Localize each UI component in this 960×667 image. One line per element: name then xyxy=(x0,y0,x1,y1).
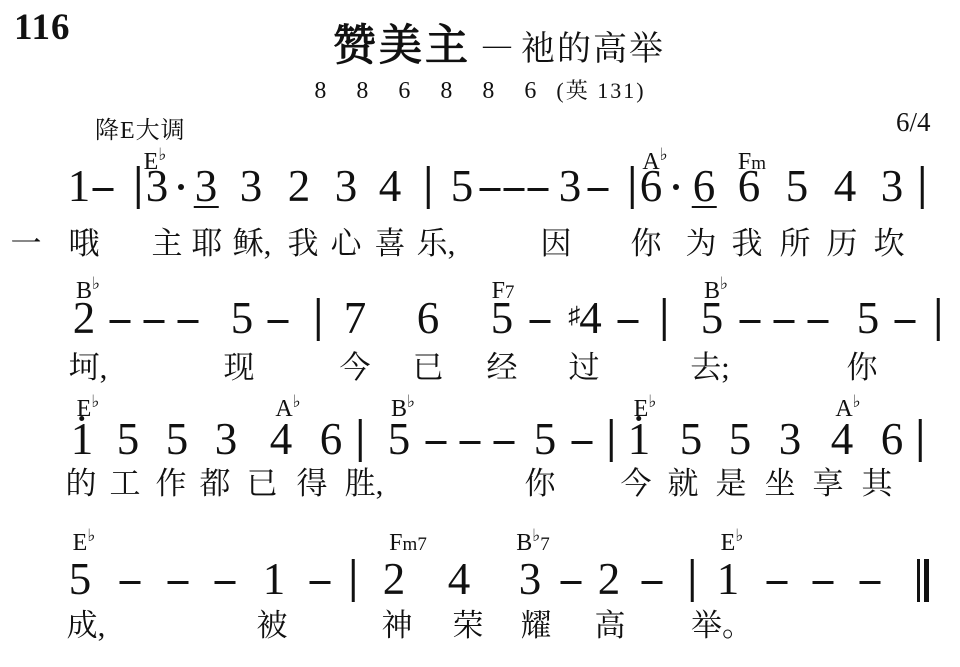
duration-dash xyxy=(642,581,663,584)
lyric-syllable: 神 xyxy=(382,610,413,641)
duration-dash xyxy=(110,320,131,323)
note-token: 4 xyxy=(448,557,471,602)
chord-root: E xyxy=(721,530,736,556)
barline-thick xyxy=(924,559,929,602)
duration-dash xyxy=(572,441,593,444)
meter-reference: (英 131) xyxy=(556,78,645,103)
duration-dash xyxy=(144,320,165,323)
note-token: 4 xyxy=(831,417,854,462)
lyric-syllable: 乐, xyxy=(417,228,456,259)
duration-dash xyxy=(774,320,795,323)
duration-dash xyxy=(740,320,761,323)
lyric-syllable: 作 xyxy=(156,468,187,499)
note-token: 2 xyxy=(598,557,621,602)
duration-dash xyxy=(178,320,199,323)
flat-icon: ♭ xyxy=(648,392,656,411)
duration-dash xyxy=(460,441,481,444)
note-token: 5 xyxy=(786,164,809,209)
lyric-syllable: 过 xyxy=(569,352,600,383)
note-token: 2 xyxy=(288,164,311,209)
notation-row-2: 25765♯455 xyxy=(0,296,960,350)
lyric-syllable: 举。 xyxy=(691,610,753,641)
note-token: 1 xyxy=(71,417,94,462)
note-token: 3 xyxy=(215,417,238,462)
note-token: 5 xyxy=(388,417,411,462)
note-token: 4 xyxy=(270,417,293,462)
barline-thin xyxy=(917,559,920,602)
note-token: 5 xyxy=(451,164,474,209)
lyric-syllable: 你 xyxy=(525,468,556,499)
lyric-syllable: 都 xyxy=(200,468,231,499)
duration-dash xyxy=(310,581,331,584)
note-token: 3 xyxy=(881,164,904,209)
lyric-syllable: 现 xyxy=(224,352,255,383)
lyric-syllable: 哦 xyxy=(69,228,100,259)
hymn-page: 116 赞美主 — 祂的高举 8 8 6 8 8 6 (英 131) 降E大调 … xyxy=(0,0,960,667)
lyric-syllable: 所 xyxy=(780,228,811,259)
lyric-syllable: 高 xyxy=(595,610,626,641)
verse-number: 一 xyxy=(11,228,42,259)
note-token: 1 xyxy=(628,417,651,462)
note-token: 5 xyxy=(857,296,880,341)
note-token: 3 xyxy=(195,164,218,209)
lyric-syllable: 为 xyxy=(686,228,717,259)
chord-root: B xyxy=(516,530,532,556)
barline xyxy=(937,298,940,341)
note-token: 6 xyxy=(881,417,904,462)
duration-dash xyxy=(860,581,881,584)
note-token: 6 xyxy=(693,164,716,209)
flat-icon: ♭ xyxy=(735,526,743,545)
duration-dash xyxy=(494,441,515,444)
barline xyxy=(691,559,694,602)
lyric-syllable: 已 xyxy=(413,352,444,383)
note-token: 3 xyxy=(335,164,358,209)
lyric-syllable: 工 xyxy=(110,468,141,499)
note-token: 2 xyxy=(383,557,406,602)
barline xyxy=(359,419,362,462)
chord-symbol: E♭ xyxy=(73,531,96,555)
duration-dash xyxy=(561,581,582,584)
barline xyxy=(921,166,924,209)
lyric-syllable: 去; xyxy=(690,352,730,383)
duration-dash xyxy=(504,188,525,191)
note-token: 5 xyxy=(117,417,140,462)
duration-dash xyxy=(895,320,916,323)
barline xyxy=(663,298,666,341)
lyric-syllable: 耀 xyxy=(521,610,552,641)
note-token: 5 xyxy=(701,296,724,341)
flat-icon: ♭ xyxy=(853,392,861,411)
flat-icon: ♭ xyxy=(407,392,415,411)
lyric-syllable: 今 xyxy=(621,468,652,499)
note-token: 6 xyxy=(417,296,440,341)
barline xyxy=(427,166,430,209)
flat-icon: ♭ xyxy=(532,526,540,545)
lyric-syllable: 已 xyxy=(247,468,278,499)
note-token: 3 xyxy=(779,417,802,462)
lyric-syllable: 心 xyxy=(331,228,362,259)
lyric-row-3: 的工作都已得胜,你今就是坐享其 xyxy=(0,468,960,522)
note-token: 3 xyxy=(146,164,169,209)
note-token: 4 xyxy=(379,164,402,209)
note-token: 3 xyxy=(559,164,582,209)
lyric-syllable: 我 xyxy=(732,228,763,259)
note-token: 5 xyxy=(680,417,703,462)
lyric-syllable: 经 xyxy=(487,352,518,383)
note-token: 5 xyxy=(491,296,514,341)
note-token: 2 xyxy=(73,296,96,341)
lyric-syllable: 得 xyxy=(297,468,328,499)
flat-icon: ♭ xyxy=(720,274,728,293)
note-token: 3 xyxy=(519,557,542,602)
duration-dash xyxy=(93,188,114,191)
barline xyxy=(610,419,613,462)
notation-row-1: 133323453666543 xyxy=(0,164,960,218)
song-number: 116 xyxy=(14,6,70,49)
meter-row: 8 8 6 8 8 6 (英 131) xyxy=(0,74,960,105)
note-token: 3 xyxy=(240,164,263,209)
title-row: 赞美主 — 祂的高举 xyxy=(333,12,665,73)
duration-dash xyxy=(120,581,141,584)
duration-dash xyxy=(808,320,829,323)
lyric-syllable: 胜, xyxy=(345,468,384,499)
duration-dash xyxy=(480,188,501,191)
lyric-syllable: 成, xyxy=(67,610,106,641)
duration-dash xyxy=(528,188,549,191)
barline xyxy=(137,166,140,209)
lyric-syllable: 我 xyxy=(288,228,319,259)
duration-dash xyxy=(588,188,609,191)
note-token: 7 xyxy=(344,296,367,341)
meter-numbers: 8 8 6 8 8 6 xyxy=(314,78,548,104)
time-signature: 6/4 xyxy=(896,107,931,138)
title-separator: — xyxy=(471,30,521,62)
lyric-syllable: 历 xyxy=(827,228,858,259)
barline xyxy=(631,166,634,209)
flat-icon: ♭ xyxy=(91,392,99,411)
barline xyxy=(317,298,320,341)
note-token: 1 xyxy=(717,557,740,602)
chord-symbol: B♭7 xyxy=(516,531,550,555)
song-subtitle: 祂的高举 xyxy=(521,21,665,70)
barline xyxy=(352,559,355,602)
lyric-syllable: 是 xyxy=(716,468,747,499)
lyric-syllable: 今 xyxy=(340,352,371,383)
song-title: 赞美主 xyxy=(333,12,471,73)
note-token: ♯4 xyxy=(568,296,602,341)
lyric-row-4: 成,被神荣耀高举。 xyxy=(0,610,960,664)
lyric-row-1: 一哦主耶稣,我心喜乐,因你为我所历坎 xyxy=(0,228,960,282)
notation-row-3: 15534655155346 xyxy=(0,417,960,471)
lyric-syllable: 荣 xyxy=(453,610,484,641)
duration-dash xyxy=(268,320,289,323)
note-token: 6 xyxy=(640,164,663,209)
chord-root: E xyxy=(73,530,88,556)
lyric-syllable: 坐 xyxy=(765,468,796,499)
sharp-icon: ♯ xyxy=(568,304,580,328)
note-token: 6 xyxy=(738,164,761,209)
lyric-syllable: 耶 xyxy=(192,228,223,259)
final-double-barline xyxy=(917,559,929,602)
lyric-syllable: 被 xyxy=(257,610,288,641)
note-token: 5 xyxy=(231,296,254,341)
barline xyxy=(919,419,922,462)
lyric-syllable: 就 xyxy=(668,468,699,499)
note-token: 5 xyxy=(729,417,752,462)
octave-dot xyxy=(637,416,642,421)
duration-dot xyxy=(178,184,184,190)
flat-icon: ♭ xyxy=(87,526,95,545)
lyric-syllable: 坷, xyxy=(69,352,108,383)
octave-dot xyxy=(80,416,85,421)
lyric-syllable: 其 xyxy=(862,468,893,499)
chord-suffix: 7 xyxy=(540,534,550,555)
duration-dash xyxy=(426,441,447,444)
note-token: 6 xyxy=(320,417,343,462)
duration-dash xyxy=(168,581,189,584)
lyric-syllable: 你 xyxy=(631,228,662,259)
lyric-syllable: 你 xyxy=(847,352,878,383)
note-token: 1 xyxy=(263,557,286,602)
duration-dash xyxy=(215,581,236,584)
chord-suffix: m7 xyxy=(403,534,427,555)
note-token: 5 xyxy=(534,417,557,462)
lyric-syllable: 坎 xyxy=(874,228,905,259)
duration-dot xyxy=(673,184,679,190)
lyric-syllable: 主 xyxy=(152,228,183,259)
notation-row-4: 5124321 xyxy=(0,557,960,611)
note-token: 5 xyxy=(69,557,92,602)
note-token: 1 xyxy=(68,164,91,209)
lyric-syllable: 稣, xyxy=(233,228,272,259)
chord-symbol: Fm7 xyxy=(389,531,427,555)
flat-icon: ♭ xyxy=(293,392,301,411)
lyric-syllable: 喜 xyxy=(375,228,406,259)
lyric-syllable: 的 xyxy=(66,468,97,499)
chord-symbol: E♭ xyxy=(721,531,744,555)
duration-dash xyxy=(813,581,834,584)
key-signature: 降E大调 xyxy=(95,110,186,145)
note-token: 4 xyxy=(834,164,857,209)
duration-dash xyxy=(530,320,551,323)
lyric-syllable: 因 xyxy=(541,228,572,259)
duration-dash xyxy=(767,581,788,584)
note-token: 5 xyxy=(166,417,189,462)
lyric-syllable: 享 xyxy=(813,468,844,499)
chord-root: F xyxy=(389,530,402,556)
duration-dash xyxy=(618,320,639,323)
flat-icon: ♭ xyxy=(92,274,100,293)
